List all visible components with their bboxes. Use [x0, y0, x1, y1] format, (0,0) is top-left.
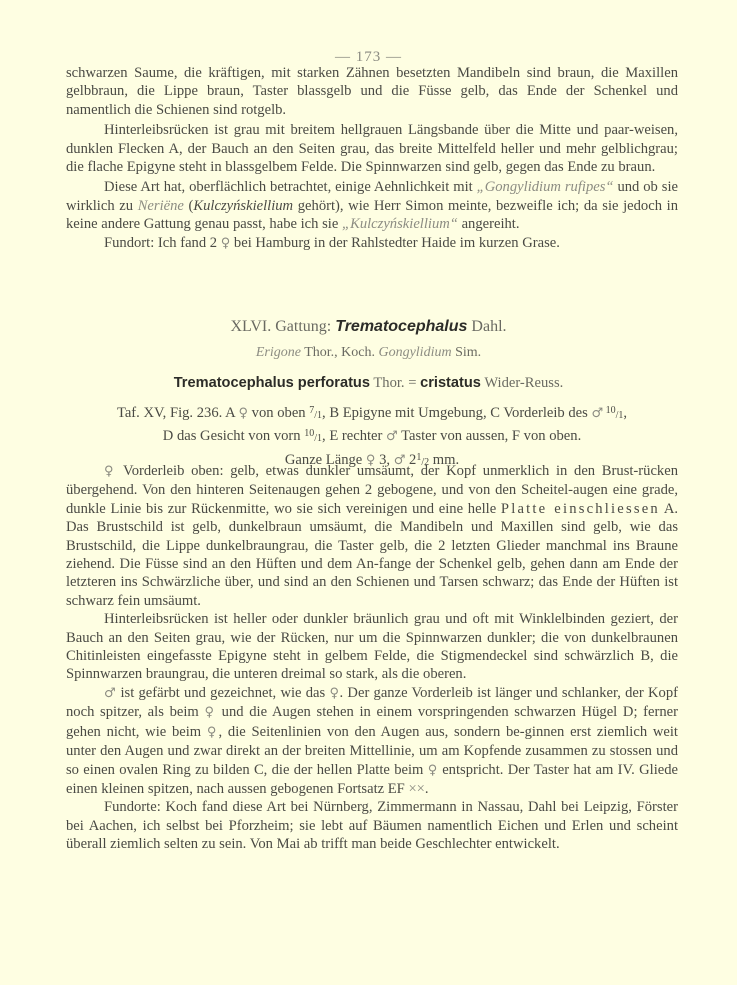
intro-text: schwarzen Saume, die kräftigen, mit star…	[66, 64, 678, 253]
female-symbol-icon: ♀	[428, 763, 438, 778]
male-symbol-icon: ♂	[591, 406, 603, 421]
paragraph-3: Diese Art hat, oberflächlich betrachtet,…	[66, 178, 678, 233]
genus-name: Trematocephalus	[335, 318, 467, 335]
male-description: ♂ ist gefärbt und gezeichnet, wie das ♀.…	[66, 684, 678, 798]
genus-ref-kulczynskiellium-2: „Kulczyńskiellium“	[342, 216, 458, 232]
female-symbol-icon: ♀	[329, 686, 339, 701]
female-symbol-icon: ♀	[104, 464, 117, 479]
species-description: ♀ Vorderleib oben: gelb, etwas dunkler u…	[66, 462, 678, 854]
female-abdomen-description: Hinterleibsrücken ist heller oder dunkle…	[66, 610, 678, 684]
female-symbol-icon: ♀	[204, 705, 216, 720]
spaced-emphasis: Platte einschliessen	[501, 501, 660, 517]
caption-line-1: Taf. XV, Fig. 236. A ♀ von oben 7/1, B E…	[66, 402, 678, 425]
genus-ref-kulczynskiellium: Kulczyńskiellium	[193, 198, 293, 214]
male-symbol-icon: ♂	[386, 429, 398, 444]
genus-synonyms: Erigone Thor., Koch. Gongylidium Sim.	[0, 345, 737, 361]
paragraph-1-line-1: schwarzen Saume, die kräftigen, mit star…	[66, 64, 678, 82]
cross-marks: ××	[408, 781, 424, 797]
genus-ref-neriene: Neriëne	[138, 198, 184, 214]
species-name: Trematocephalus perforatus	[174, 375, 370, 391]
species-synonym: cristatus	[420, 375, 481, 391]
female-symbol-icon: ♀	[221, 236, 231, 251]
localities-paragraph: Fundorte: Koch fand diese Art bei Nürnbe…	[66, 798, 678, 853]
document-page: — 173 — schwarzen Saume, die kräftigen, …	[0, 0, 737, 985]
female-symbol-icon: ♀	[207, 725, 219, 740]
species-heading: Trematocephalus perforatus Thor. = crist…	[0, 375, 737, 392]
caption-line-2: D das Gesicht von vorn 10/1, E rechter ♂…	[66, 425, 678, 448]
genus-heading: XLVI. Gattung: Trematocephalus Dahl.	[0, 318, 737, 336]
paragraph-4-fundort: Fundort: Ich fand 2 ♀ bei Hamburg in der…	[66, 234, 678, 253]
male-symbol-icon: ♂	[104, 686, 116, 701]
paragraph-1-line-2: gelbbraun, die Lippe braun, Taster blass…	[66, 82, 678, 100]
paragraph-2: Hinterleibsrücken ist grau mit breitem h…	[66, 121, 678, 176]
species-ref-1: „Gongylidium rufipes“	[477, 179, 614, 195]
female-description: ♀ Vorderleib oben: gelb, etwas dunkler u…	[66, 462, 678, 610]
paragraph-1-line-3: namentlich die Schienen sind rotgelb.	[66, 101, 678, 119]
female-symbol-icon: ♀	[239, 406, 249, 421]
